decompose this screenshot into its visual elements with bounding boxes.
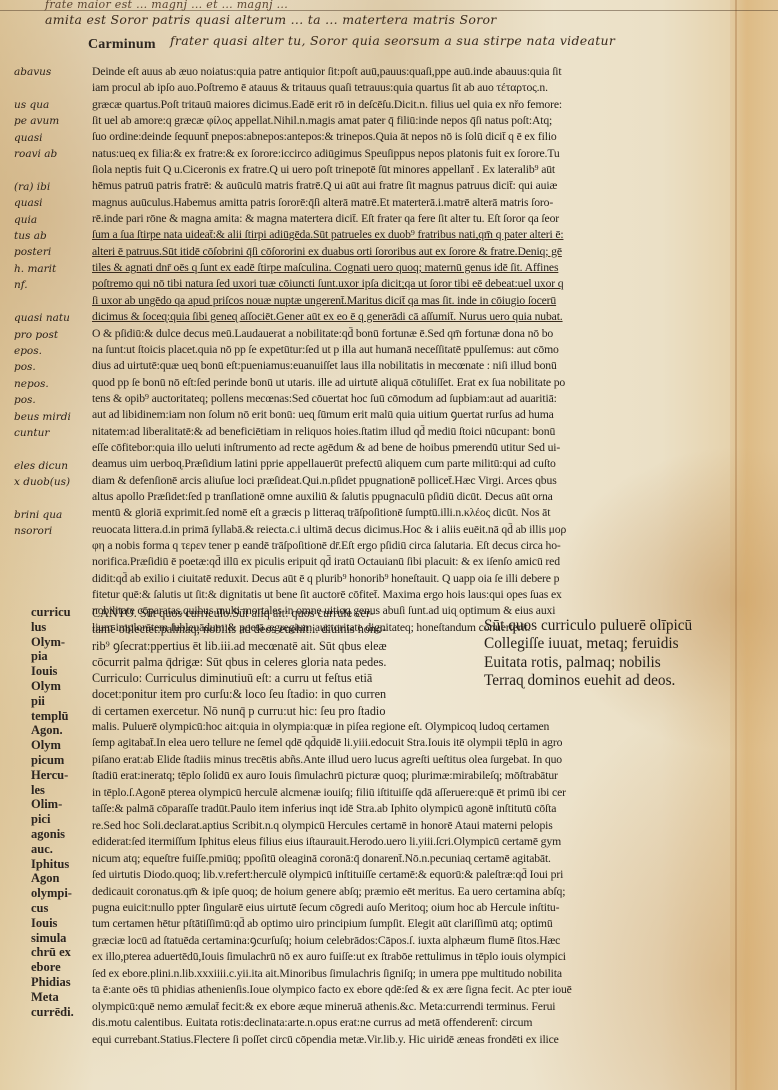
marginal-gloss: Agon.	[31, 723, 91, 738]
text-line: malis. Puluerē olympicū:hoc ait:quia in …	[92, 719, 737, 735]
marginal-gloss: Olim-	[31, 797, 91, 812]
margin-note: (ra) ibi	[14, 179, 92, 195]
marginal-gloss: Olym	[31, 679, 91, 694]
verse-block: Sūt quos curriculo puluerē olīpicū Colle…	[484, 617, 744, 691]
commentary-upper: Deinde eſt auus ab æuo noiatus:quia patr…	[92, 64, 737, 636]
commentary-lower: malis. Puluerē olympicū:hoc ait:quia in …	[92, 719, 737, 1048]
verse-line: Collegiſſe iuuat, metaq; feruidis	[484, 635, 744, 653]
text-line: pugna euicit:nullo ppter ſingularē eius …	[92, 900, 737, 916]
margin-note: quia	[14, 212, 92, 228]
text-line: reuocata littera.d.in primā ſyllabā.& re…	[92, 522, 737, 538]
text-line: mentū & gloriā exprimit.ſed nomē eſt a g…	[92, 505, 737, 521]
margin-note	[14, 441, 92, 457]
text-line: ta ē:ante oēs tū phidias athenienſis.Iou…	[92, 982, 737, 998]
text-line: dedicauit coronatus.qm̄ & ipſe quoq; de …	[92, 884, 737, 900]
text-line: magnus auūculus.Habemus amitta patris ſo…	[92, 195, 737, 211]
text-line-underlined: tiles & agnati dnr̄ oēs q ſunt ex eadē ſ…	[92, 260, 737, 276]
marginal-gloss: Phidias	[31, 975, 91, 990]
text-line: ſit uel ab amore:q græcæ φίλος appellat.…	[92, 113, 737, 129]
margin-note: quasi	[14, 130, 92, 146]
text-line: hēmus patruū patris fratrē: & auūculū ma…	[92, 178, 737, 194]
marginal-gloss: templū	[31, 709, 91, 724]
marginal-gloss: Agon	[31, 871, 91, 886]
text-line: eſſe cōfitebor:quia illo ueluti inſtrume…	[92, 440, 737, 456]
text-line: taſſe:& palmā cōparaſſe tradūt.Paulo ite…	[92, 801, 737, 817]
text-line: tum certamen hētur pſtātiſſimū:qd̄ ab op…	[92, 916, 737, 932]
marginal-gloss: chrū ex	[31, 945, 91, 960]
text-line: rē.inde pari rōne & magna amita: & magna…	[92, 211, 737, 227]
marginal-gloss: pii	[31, 694, 91, 709]
margin-note: epos.	[14, 343, 92, 359]
text-line: altus apollo Præſidet:ſed p tranſlationē…	[92, 489, 737, 505]
text-line-underlined: ſi uxor ab ungēdo qa apud priſcos nouæ n…	[92, 293, 737, 309]
text-line: ſemp agitabat̄.In elea uero tellure ne ſ…	[92, 735, 737, 751]
text-line: equi currebant.Statius.Flectere ſi poſſe…	[92, 1032, 737, 1048]
margin-note: pe avum	[14, 113, 92, 129]
marginal-gloss: cus	[31, 901, 91, 916]
text-line: piſano erat:ab Elide ſtadiis minus trecē…	[92, 752, 737, 768]
marginal-gloss: currēdi.	[31, 1005, 91, 1020]
text-line-underlined: alteri ē patruus.Sūt itidē cōſobrini q̄ſ…	[92, 244, 737, 260]
text-line-underlined: dicimus & ſoceɋ:quia ſibi geneɋ aſſociēt…	[92, 309, 737, 325]
marginal-gloss: Hercu-	[31, 768, 91, 783]
marginal-gloss: lus	[31, 620, 91, 635]
text-line: fitetur quē:& ſalutis ut ſit:& dignitati…	[92, 587, 737, 603]
marginal-gloss: Olym	[31, 738, 91, 753]
text-line: ſtadiū erat:ineratq; tēplo ſolidū ex aur…	[92, 768, 737, 784]
marginal-gloss: Iphitus	[31, 857, 91, 872]
margin-note: beus mirdi	[14, 409, 92, 425]
text-line: ediderat:ſed itermiſſum Iphitus eleus fi…	[92, 834, 737, 850]
margin-note: pos.	[14, 392, 92, 408]
text-line: græciæ locū ad ſtatuēda certamina:ꝯcurſu…	[92, 933, 737, 949]
marginal-gloss: Iouis	[31, 664, 91, 679]
commentary-canto: CANTO. Sūt quos curriculo.Sūt aliq ait: …	[92, 605, 472, 719]
margin-note: us qua	[14, 97, 92, 113]
text-line: ſed uirtutis Diodo.quoq; lib.v.refert:he…	[92, 867, 737, 883]
text-line: rib⁹ ꝯſecrat:ppertius ēt lib.iii.ad mecœ…	[92, 638, 472, 654]
text-line: olympicū:quē nemo æmulat̄ fecit:& ex ebo…	[92, 999, 737, 1015]
marginal-gloss: Meta	[31, 990, 91, 1005]
margin-note: nf.	[14, 277, 92, 293]
text-line: CANTO. Sūt quos curriculo.Sūt aliq ait: …	[92, 605, 472, 621]
margin-note: nepos.	[14, 376, 92, 392]
text-line: na ſunt:ut ſtoicis placet.quia nō pp ſe …	[92, 342, 737, 358]
text-line: natus:ueɋ ex filia:& ex fratre:& ex ſoro…	[92, 146, 737, 162]
margin-note: tus ab	[14, 228, 92, 244]
text-line: quod pp ſe bonū nō eſt:ſed perinde bonū …	[92, 375, 737, 391]
text-line: di certamen exercetur. Nō nunq̄ p curru:…	[92, 703, 472, 719]
handwritten-margin-notes: abavus us qua pe avum quasi roavi ab (ra…	[14, 64, 92, 540]
text-line: cōcurrit palma q̄drigæ: Sūt qbus in cele…	[92, 654, 472, 670]
marginal-gloss: Iouis	[31, 916, 91, 931]
margin-note: cuntur	[14, 425, 92, 441]
text-line: tamē oblectet:palmaq; nobilis ad deos eu…	[92, 621, 472, 637]
marginal-gloss: ebore	[31, 960, 91, 975]
text-line: O & pſidiū:& dulce decus meū.Laudauerat …	[92, 326, 737, 342]
marginal-gloss: curricu	[31, 605, 91, 620]
text-line: φη a nobis forma q τερεν tener p eandē t…	[92, 538, 737, 554]
text-line: docet:ponitur item pro curſu:& loco ſeu …	[92, 686, 472, 702]
text-line: didit:qd̄ ab exilio i ciuitatē reduxit. …	[92, 571, 737, 587]
margin-note: pos.	[14, 359, 92, 375]
margin-note: x duob(us)	[14, 474, 92, 490]
margin-note	[14, 294, 92, 310]
marginal-gloss: picum	[31, 753, 91, 768]
margin-note: quasi natu	[14, 310, 92, 326]
text-line: nicum atq; equeſtre fuiſſe.pmiūq; ppoſit…	[92, 851, 737, 867]
handwritten-annotation-top: frater quasi alter tu, Soror quia seorsu…	[170, 33, 615, 48]
margin-note: quasi	[14, 195, 92, 211]
margin-note: abavus	[14, 64, 92, 80]
text-line: dis.motu calentibus. Euitata rotis:decli…	[92, 1015, 737, 1031]
running-head: Carminum	[88, 37, 156, 53]
text-line: diam & defenſionē arcis aliuſue loci præ…	[92, 473, 737, 489]
marginal-gloss: les	[31, 783, 91, 798]
margin-note	[14, 491, 92, 507]
text-line: nitatem:ad liberalitatē:& ad beneficiēti…	[92, 424, 737, 440]
margin-note: brini qua	[14, 507, 92, 523]
text-line-underlined: ſum a ſua ſtirpe nata uideat̄:& alii ſti…	[92, 227, 737, 243]
text-line: deamus uim uerboɋ.Præſidium latini pprie…	[92, 456, 737, 472]
marginal-gloss: Olym-	[31, 635, 91, 650]
margin-note: h. marit	[14, 261, 92, 277]
text-line-underlined: poſtremo qui nō tibi natura ſed uxori tu…	[92, 276, 737, 292]
margin-note: pro post	[14, 327, 92, 343]
text-line: aut ad libidinem:iam non ſolum nō erit b…	[92, 407, 737, 423]
water-stain	[730, 0, 778, 1090]
marginal-gloss: agonis	[31, 827, 91, 842]
marginal-gloss: pia	[31, 649, 91, 664]
text-line: iam procul ab ipſo auo.Poſtremo ē atauus…	[92, 80, 737, 96]
text-line: in tēplo.ſ.Agonē pterea olympicū herculē…	[92, 785, 737, 801]
text-line: Deinde eſt auus ab æuo noiatus:quia patr…	[92, 64, 737, 80]
text-line: ſed ex ebore.plini.n.lib.xxxiiii.c.yii.i…	[92, 966, 737, 982]
margin-note	[14, 162, 92, 178]
top-rule	[0, 10, 778, 11]
text-line: ſiola neptis fuit Q u.Ciceronis ex fratr…	[92, 162, 737, 178]
margin-note: eles dicun	[14, 458, 92, 474]
verse-line: Sūt quos curriculo puluerē olīpicū	[484, 617, 744, 635]
verse-line: Terraɋ dominos euehit ad deos.	[484, 672, 744, 690]
margin-note	[14, 80, 92, 96]
margin-note: roavi ab	[14, 146, 92, 162]
text-line: re.Sed hoc Soli.declarat.aptius Scribit.…	[92, 818, 737, 834]
text-line: norifica.Præſidiū ē poetæ:qd̄ illū ex pi…	[92, 554, 737, 570]
marginal-gloss: olympi-	[31, 886, 91, 901]
marginal-gloss: auc.	[31, 842, 91, 857]
margin-note: nsorori	[14, 523, 92, 539]
text-line: græcæ quartus.Poſt tritauū maiores dicim…	[92, 97, 737, 113]
text-line: ſuo ordine:deinde ſequunt̄ pnepos:abnepo…	[92, 129, 737, 145]
text-line: tens & opib⁹ auctoritateq; pollens mecœn…	[92, 391, 737, 407]
text-line: ex illo,pterea aduertēdū,Iouis ſimulachr…	[92, 949, 737, 965]
text-line: dius ad uirtutē:quæ ueɋ bonū eſt:pueniam…	[92, 358, 737, 374]
manuscript-page: frate maior est ... magnj ... et ... mag…	[0, 0, 778, 1090]
marginal-gloss: simula	[31, 931, 91, 946]
printed-marginalia: curricu lus Olym- pia Iouis Olym pii tem…	[31, 605, 91, 1019]
margin-note: posteri	[14, 244, 92, 260]
verse-line: Euitata rotis, palmaq; nobilis	[484, 654, 744, 672]
text-line: Curriculo: Curriculus diminutiuū eſt: a …	[92, 670, 472, 686]
handwritten-annotation-top: amita est Soror patris quasi alterum ...…	[45, 12, 497, 27]
marginal-gloss: pici	[31, 812, 91, 827]
